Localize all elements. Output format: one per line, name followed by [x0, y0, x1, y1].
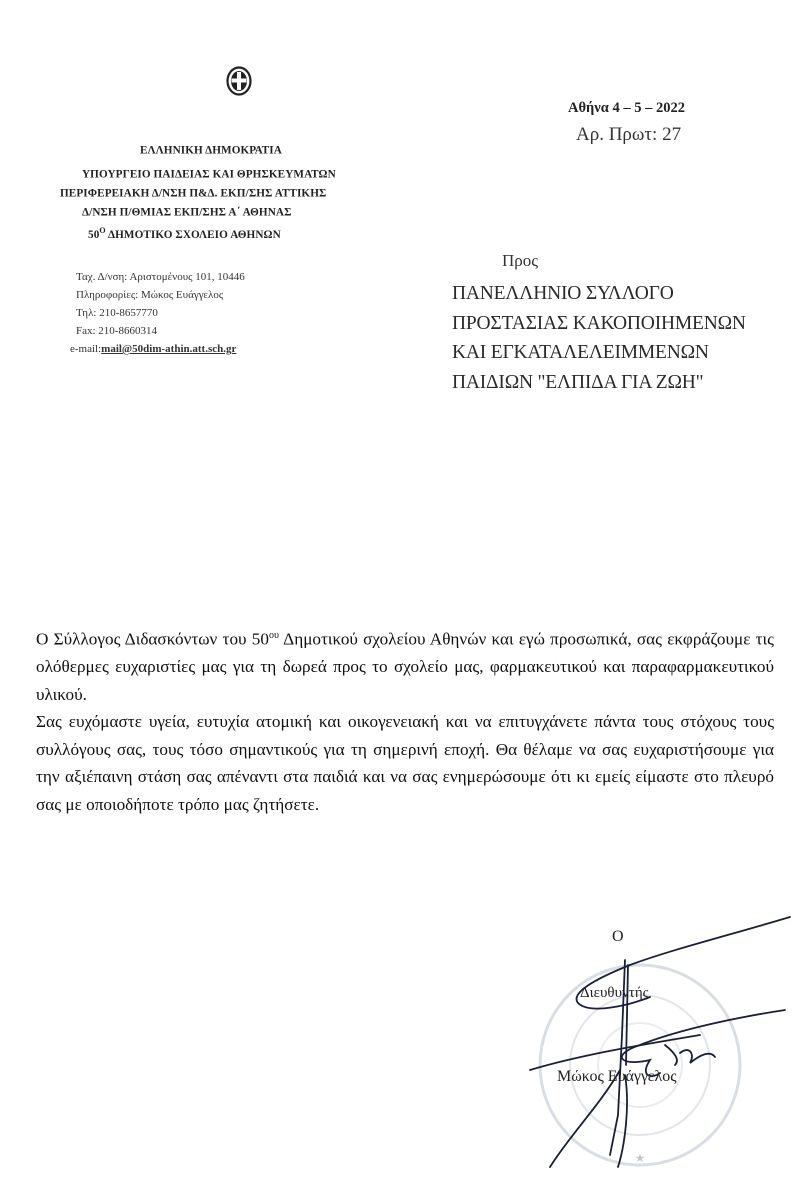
email-label: e-mail: [70, 343, 101, 355]
letterhead: ΕΛΛΗΝΙΚΗ ΔΗΜΟΚΡΑΤΙΑ ΥΠΟΥΡΓΕΙΟ ΠΑΙΔΕΙΑΣ Κ… [60, 0, 400, 256]
protocol-number: Αρ. Πρωτ: 27 [576, 124, 681, 146]
letter-body: Ο Σύλλογος Διδασκόντων του 50ου Δημοτικο… [36, 622, 774, 818]
contact-address: Ταχ. Δ/νση: Αριστομένους 101, 10446 [76, 268, 245, 286]
letterhead-education-directorate: Δ/ΝΣΗ Π/ΘΜΙΑΣ ΕΚΠ/ΣΗΣ Α΄ ΑΘΗΝΑΣ [82, 206, 292, 219]
letter-date: Αθήνα 4 – 5 – 2022 [568, 100, 685, 117]
contact-email-row: e-mail:mail@50dim-athin.att.sch.gr [70, 340, 245, 358]
contact-info-person: Πληροφορίες: Μώκος Ευάγγελος [76, 286, 245, 304]
email-link[interactable]: mail@50dim-athin.att.sch.gr [101, 343, 236, 355]
body-paragraph-2: Σας ευχόμαστε υγεία, ευτυχία ατομική και… [36, 708, 774, 818]
letterhead-republic: ΕΛΛΗΝΙΚΗ ΔΗΜΟΚΡΑΤΙΑ [140, 144, 282, 157]
recipient-block: ΠΑΝΕΛΛΗΝΙΟ ΣΥΛΛΟΓΟ ΠΡΟΣΤΑΣΙΑΣ ΚΑΚΟΠΟΙΗΜΕ… [452, 279, 746, 397]
contact-phone: Τηλ: 210-8657770 [76, 304, 245, 322]
recipient-label: Προς [502, 251, 538, 271]
body-paragraph-1: Ο Σύλλογος Διδασκόντων του 50ου Δημοτικο… [36, 622, 774, 708]
recipient-line: ΠΑΝΕΛΛΗΝΙΟ ΣΥΛΛΟΓΟ [452, 279, 746, 309]
letterhead-ministry: ΥΠΟΥΡΓΕΙΟ ΠΑΙΔΕΙΑΣ ΚΑΙ ΘΡΗΣΚΕΥΜΑΤΩΝ [82, 168, 336, 181]
handwritten-signature-icon [500, 905, 800, 1175]
letterhead-regional-directorate: ΠΕΡΙΦΕΡΕΙΑΚΗ Δ/ΝΣΗ Π&Δ. ΕΚΠ/ΣΗΣ ΑΤΤΙΚΗΣ [60, 187, 326, 200]
recipient-line: ΚΑΙ ΕΓΚΑΤΑΛΕΛΕΙΜΜΕΝΩΝ [452, 338, 746, 368]
recipient-line: ΠΑΙΔΙΩΝ "ΕΛΠΙΔΑ ΓΙΑ ΖΩΗ" [452, 368, 746, 398]
letterhead-school: 50Ο ΔΗΜΟΤΙΚΟ ΣΧΟΛΕΙΟ ΑΘΗΝΩΝ [88, 226, 281, 241]
recipient-line: ΠΡΟΣΤΑΣΙΑΣ ΚΑΚΟΠΟΙΗΜΕΝΩΝ [452, 309, 746, 339]
contact-info: Ταχ. Δ/νση: Αριστομένους 101, 10446 Πληρ… [76, 268, 245, 358]
contact-fax: Fax: 210-8660314 [76, 322, 245, 340]
